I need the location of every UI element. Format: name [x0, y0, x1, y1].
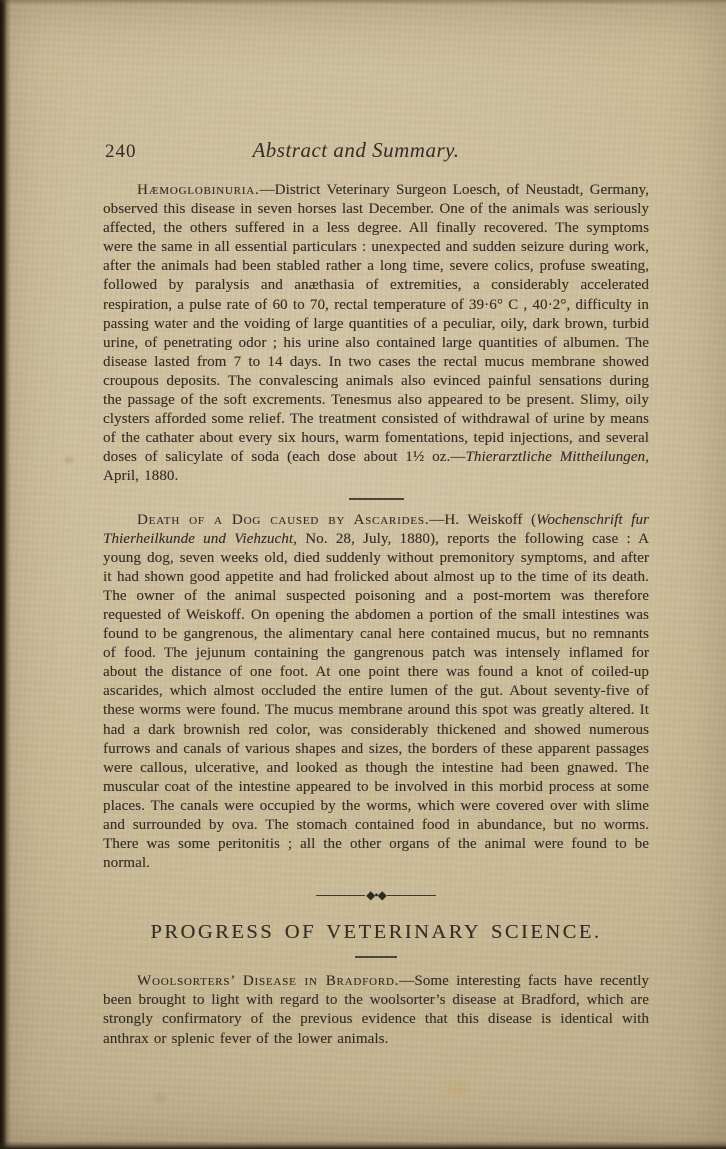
- article-woolsorters-disease: Woolsorters’ Disease in Bradford.—Some i…: [103, 972, 649, 1048]
- journal-citation: Thierarztliche Mittheilungen: [465, 449, 645, 465]
- page-top-edge-shadow: [0, 0, 726, 5]
- article-dog-ascarides: Death of a Dog caused by Ascarides.—H. W…: [103, 511, 649, 874]
- text-column: 240 Abstract and Summary. Hæmoglobinuria…: [103, 138, 649, 1049]
- ornamental-divider: ◆•◆: [316, 890, 436, 900]
- section-title: PROGRESS OF VETERINARY SCIENCE.: [103, 921, 649, 944]
- paper-stain: [150, 1090, 170, 1106]
- article-separator-rule: [349, 498, 404, 500]
- article-lead-haemoglobinuria: Hæmoglobinuria.: [137, 182, 260, 198]
- section-title-rule: [355, 956, 397, 958]
- article-haemoglobinuria: Hæmoglobinuria.—District Veterinary Surg…: [103, 181, 649, 487]
- article-body-text: —H. Weiskoff (: [429, 512, 536, 528]
- running-head-title: Abstract and Summary.: [103, 138, 609, 163]
- article-lead-woolsorters: Woolsorters’ Disease in Bradford.: [137, 973, 399, 989]
- article-body-text: —District Veterinary Surgeon Loesch, of …: [103, 182, 649, 465]
- paper-stain: [62, 455, 76, 465]
- paper-stain: [440, 1075, 474, 1101]
- ornament-line-right: [387, 895, 436, 897]
- page-header: 240 Abstract and Summary.: [103, 138, 649, 164]
- ornament-line-left: [316, 895, 365, 897]
- page-bottom-edge-shadow: [0, 1141, 726, 1149]
- diamond-ornament-icon: ◆•◆: [365, 890, 387, 900]
- article-body-text: , No. 28, July, 1880), reports the follo…: [103, 531, 649, 872]
- book-page-scan: 240 Abstract and Summary. Hæmoglobinuria…: [0, 0, 726, 1149]
- binding-edge-shadow: [0, 0, 11, 1149]
- article-lead-dog-ascarides: Death of a Dog caused by Ascarides.: [137, 512, 429, 528]
